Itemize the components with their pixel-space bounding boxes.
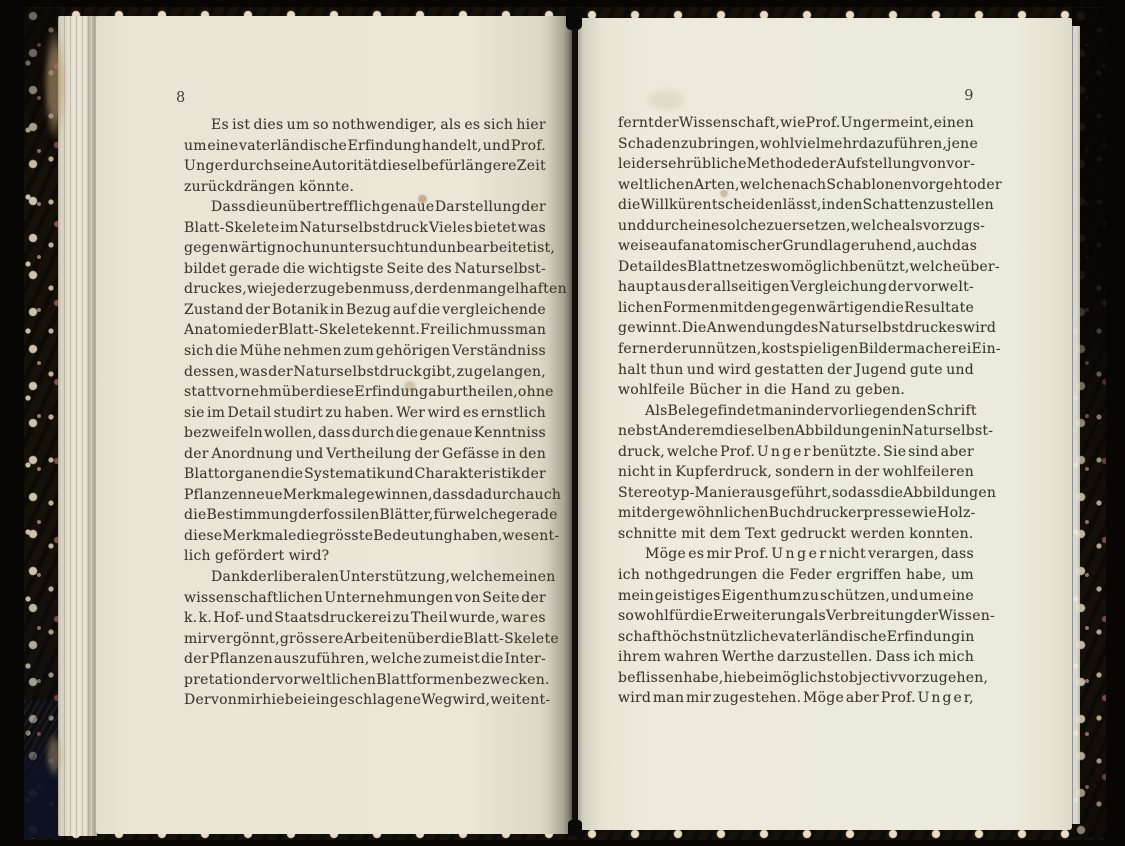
word: der bbox=[806, 401, 831, 422]
word: um bbox=[184, 136, 207, 157]
gutter-notch-bottom bbox=[568, 820, 582, 836]
word: kostspieligen bbox=[761, 339, 858, 360]
word: Dank bbox=[211, 567, 249, 588]
word: haben. bbox=[344, 403, 394, 424]
word: vergleichende bbox=[442, 300, 546, 321]
page-number-right: 9 bbox=[618, 88, 974, 104]
word: g bbox=[942, 688, 951, 709]
word: sehr bbox=[661, 154, 693, 175]
word: die bbox=[297, 526, 319, 547]
book-photo: 8 Esistdiesumsonothwendiger,alsessichhie… bbox=[0, 0, 1125, 846]
word: der bbox=[914, 606, 939, 627]
word: gerade bbox=[507, 505, 558, 526]
word: meint, bbox=[887, 113, 934, 134]
text-line: leidersehrüblicheMethodederAufstellungvo… bbox=[618, 154, 974, 175]
word: hiebei bbox=[262, 690, 307, 711]
word: ist bbox=[232, 115, 250, 136]
word: und bbox=[386, 464, 414, 485]
word: welche bbox=[667, 442, 718, 463]
word: für bbox=[434, 505, 456, 526]
word: man bbox=[515, 320, 546, 341]
text-line: AnatomiederBlatt-Skeletekennt.Freilichmu… bbox=[184, 320, 546, 341]
word: der bbox=[254, 320, 279, 341]
word: Unternehmungen bbox=[324, 588, 453, 609]
word: Bestimmung bbox=[206, 505, 298, 526]
word: findet bbox=[718, 401, 761, 422]
word: Erfindung bbox=[354, 382, 428, 403]
word: der bbox=[252, 670, 277, 691]
word: leider bbox=[618, 154, 661, 175]
word: die bbox=[246, 197, 268, 218]
word: Formen bbox=[663, 298, 719, 319]
word: gegenwärtigen bbox=[771, 298, 881, 319]
word: aber bbox=[846, 688, 879, 709]
word: in bbox=[960, 627, 974, 648]
word: gewinnen, bbox=[357, 485, 433, 506]
word: fossilen bbox=[323, 505, 379, 526]
word: nebst bbox=[618, 421, 658, 442]
word: jeder bbox=[272, 279, 310, 300]
word: weit bbox=[490, 690, 521, 711]
word: ruhend, bbox=[860, 236, 917, 257]
word: längere bbox=[461, 156, 517, 177]
word: ich bbox=[913, 647, 935, 668]
word: noch bbox=[276, 238, 311, 259]
word: den bbox=[439, 279, 466, 300]
word: vaterländische bbox=[239, 136, 347, 157]
word: r, bbox=[964, 688, 974, 709]
word: durch bbox=[352, 423, 395, 444]
text-line: AlsBelegefindetmanindervorliegendenSchri… bbox=[618, 401, 974, 422]
text-line: bildetgeradediewichtigsteSeitedesNaturse… bbox=[184, 259, 546, 280]
word: Sie bbox=[883, 442, 906, 463]
word: Detail bbox=[618, 257, 662, 278]
word: dadurch bbox=[465, 485, 526, 506]
text-line: druckes,wiejederzugebenmuss,derdenmangel… bbox=[184, 279, 546, 300]
word: des bbox=[662, 257, 687, 278]
word: Theil bbox=[411, 608, 448, 629]
word: von bbox=[211, 690, 237, 711]
word: mir bbox=[686, 688, 711, 709]
word: Arbeiten bbox=[344, 629, 407, 650]
word: beflissen bbox=[618, 668, 683, 689]
word: wo bbox=[770, 257, 791, 278]
word: gedruckt bbox=[780, 524, 846, 545]
text-line: weltlichenArten,welchenachSchablonenvorg… bbox=[618, 175, 974, 196]
text-line: MögeesmirProf.Ungernichtverargen,dass bbox=[618, 544, 974, 565]
word: die bbox=[762, 565, 784, 586]
word: Bedeutung bbox=[373, 526, 453, 547]
word: gibt, bbox=[422, 362, 456, 383]
word: Stereotyp-Manier bbox=[618, 483, 747, 504]
word: Verständniss bbox=[452, 341, 546, 362]
word: vor- bbox=[946, 154, 975, 175]
word: stellen bbox=[945, 195, 994, 216]
word: wie bbox=[780, 113, 806, 134]
text-line: druck,welcheProf.Ungerbenützte.Siesindab… bbox=[618, 442, 974, 463]
word: Systematik bbox=[304, 464, 385, 485]
word: U bbox=[757, 442, 769, 463]
text-line: schnittemitdemTextgedrucktwerdenkonnten. bbox=[618, 524, 974, 545]
text-line: unddurcheinesolchezuersetzen,welchealsvo… bbox=[618, 216, 974, 237]
word: und bbox=[483, 136, 511, 157]
word: Erweiterung bbox=[713, 606, 805, 627]
word: bezweifeln bbox=[184, 423, 263, 444]
word: wohlfeile bbox=[618, 380, 685, 401]
word: haben, bbox=[453, 526, 503, 547]
word: vorzugs- bbox=[923, 216, 985, 237]
word: den bbox=[744, 298, 771, 319]
word: ferner bbox=[618, 339, 664, 360]
word: Bildermacherei bbox=[859, 339, 972, 360]
word: geben. bbox=[856, 380, 905, 401]
word: Erfindung bbox=[887, 627, 961, 648]
word: sondern bbox=[775, 462, 834, 483]
word: g bbox=[797, 544, 806, 565]
word: die bbox=[481, 649, 503, 670]
word: vergönnt, bbox=[209, 629, 280, 650]
word: Pflanzen bbox=[184, 485, 247, 506]
text-line: fernerderunnützen,kostspieligenBildermac… bbox=[618, 339, 974, 360]
word: eine bbox=[689, 216, 720, 237]
word: druckes, bbox=[184, 279, 247, 300]
word: in bbox=[822, 195, 836, 216]
text-line: ichnothgedrungendieFederergriffenhabe,um bbox=[618, 565, 974, 586]
word: vorwelt- bbox=[914, 277, 974, 298]
word: Belege bbox=[668, 401, 718, 422]
word: die bbox=[396, 423, 418, 444]
word: Bezug bbox=[346, 300, 391, 321]
word: habe, bbox=[683, 668, 723, 689]
word: Wissenschaft, bbox=[679, 113, 780, 134]
word: wie bbox=[912, 503, 938, 524]
word: diese bbox=[316, 382, 354, 403]
word: n bbox=[786, 544, 795, 565]
page-left: 8 Esistdiesumsonothwendiger,alsessichhie… bbox=[96, 16, 572, 834]
text-line: wissenschaftlichenUnternehmungenvonSeite… bbox=[184, 588, 546, 609]
word: über- bbox=[961, 257, 1000, 278]
word: Als bbox=[645, 401, 668, 422]
word: Aufstellung bbox=[836, 154, 920, 175]
word: eine bbox=[207, 136, 238, 157]
page-stack-fore-edge bbox=[58, 16, 97, 836]
word: solche bbox=[720, 216, 767, 237]
word: e bbox=[793, 442, 802, 463]
word: e bbox=[809, 544, 818, 565]
word: Naturselbst- bbox=[455, 259, 546, 280]
text-line: pretationdervorweltlichenBlattformenbezw… bbox=[184, 670, 546, 691]
word: werden bbox=[850, 524, 905, 545]
word: man bbox=[761, 401, 792, 422]
word: höchst bbox=[663, 627, 712, 648]
word: gute bbox=[910, 360, 943, 381]
word: Dass bbox=[876, 647, 911, 668]
word: Blatt-Skelete bbox=[184, 218, 279, 239]
text-line: sichdieMühenehmenzumgehörigenVerständnis… bbox=[184, 341, 546, 362]
word: Methode bbox=[747, 154, 812, 175]
word: die bbox=[882, 298, 904, 319]
word: n bbox=[931, 688, 940, 709]
word: wird bbox=[618, 688, 651, 709]
text-line: dieBestimmungderfossilenBlätter,fürwelch… bbox=[184, 505, 546, 526]
word: als bbox=[805, 606, 826, 627]
word: Bücher bbox=[689, 380, 742, 401]
word: wird? bbox=[289, 546, 330, 567]
word: Möge bbox=[645, 544, 686, 565]
word: übliche bbox=[693, 154, 747, 175]
word: dies bbox=[253, 115, 283, 136]
word: e bbox=[871, 113, 880, 134]
text-line: DassdieunübertrefflichgenaueDarstellungd… bbox=[184, 197, 546, 218]
word: Blattorganen bbox=[184, 464, 280, 485]
word: dessen, bbox=[184, 362, 239, 383]
word: benützt, bbox=[849, 257, 909, 278]
word: grössere bbox=[280, 629, 344, 650]
word: nothgedrungen bbox=[645, 565, 758, 586]
word: sind bbox=[908, 442, 939, 463]
word: bringen, bbox=[698, 134, 760, 155]
word: Staatsdruckerei bbox=[274, 608, 391, 629]
word: nicht bbox=[829, 544, 866, 565]
word: vaterländische bbox=[779, 627, 887, 648]
text-line: dieWillkürentscheidenlässt,indenSchatten… bbox=[618, 195, 974, 216]
word: unnützen, bbox=[688, 339, 761, 360]
word: ununtersucht bbox=[312, 238, 410, 259]
word: sich bbox=[184, 341, 214, 362]
word: der bbox=[268, 362, 293, 383]
word: nicht bbox=[618, 462, 655, 483]
word: Charakteristik bbox=[415, 464, 521, 485]
word: halt bbox=[618, 360, 646, 381]
word: mich bbox=[938, 647, 974, 668]
word: Anderem bbox=[658, 421, 724, 442]
word: gewöhnlichen bbox=[667, 503, 769, 524]
word: auf bbox=[393, 300, 416, 321]
word: eingeschlagene bbox=[307, 690, 421, 711]
word: U bbox=[184, 156, 196, 177]
word: zugeben bbox=[310, 279, 372, 300]
word: zu bbox=[325, 403, 342, 424]
word: n bbox=[771, 442, 780, 463]
word: der bbox=[521, 588, 546, 609]
right-page-fore-edge bbox=[1072, 26, 1080, 824]
word: es bbox=[530, 608, 546, 629]
word: bezwecken. bbox=[464, 670, 549, 691]
word: von bbox=[920, 154, 946, 175]
word: wohlfeileren bbox=[882, 462, 974, 483]
text-line: wohlfeileBücherindieHandzugeben. bbox=[618, 380, 974, 401]
word: seine bbox=[273, 156, 312, 177]
word: welche bbox=[455, 505, 506, 526]
word: Die bbox=[682, 318, 707, 339]
word: zu bbox=[766, 216, 783, 237]
word: Resultate bbox=[904, 298, 974, 319]
word: die bbox=[441, 629, 463, 650]
word: oder bbox=[968, 175, 1001, 196]
text-line: Esistdiesumsonothwendiger,alsessichhier bbox=[184, 115, 546, 136]
word: dass bbox=[941, 544, 974, 565]
page-9-text: ferntderWissenschaft,wieProf.Ungermeint,… bbox=[618, 113, 974, 709]
page-right: 9 ferntderWissenschaft,wieProf.Ungermein… bbox=[578, 18, 1072, 830]
word: schützen, bbox=[820, 586, 890, 607]
word: genaue bbox=[419, 423, 472, 444]
word: gelangen, bbox=[474, 362, 546, 383]
word: Seite bbox=[482, 588, 520, 609]
word: grösste bbox=[319, 526, 373, 547]
word: Pflanzen bbox=[210, 649, 273, 670]
word: lichen bbox=[618, 298, 663, 319]
word: und bbox=[245, 608, 273, 629]
word: wird bbox=[963, 318, 996, 339]
word: zu bbox=[834, 380, 851, 401]
word: durch bbox=[230, 156, 273, 177]
text-line: hauptausderallseitigenVergleichungdervor… bbox=[618, 277, 974, 298]
word: der bbox=[811, 154, 836, 175]
word: für bbox=[669, 606, 691, 627]
word: unbearbeitet bbox=[438, 238, 533, 259]
word: vorgeht bbox=[912, 175, 969, 196]
word: fernt bbox=[618, 113, 654, 134]
word: Naturselbstdruck bbox=[293, 362, 422, 383]
word: zu bbox=[928, 195, 945, 216]
word: über bbox=[407, 629, 441, 650]
word: zu bbox=[681, 134, 698, 155]
word: als bbox=[902, 216, 923, 237]
text-line: ferntderWissenschaft,wieProf.Ungermeint,… bbox=[618, 113, 974, 134]
word: in bbox=[658, 462, 672, 483]
word: Merkmale bbox=[283, 485, 357, 506]
page-number-left: 8 bbox=[176, 90, 186, 106]
text-line: mitdergewöhnlichenBuchdruckerpressewieHo… bbox=[618, 503, 974, 524]
word: Blattnetzes bbox=[687, 257, 770, 278]
word: wird, bbox=[452, 690, 490, 711]
word: Naturselbst- bbox=[902, 421, 993, 442]
word: pretation bbox=[184, 670, 252, 691]
word: der bbox=[642, 503, 667, 524]
word: Autorität bbox=[312, 156, 378, 177]
word: benützte. bbox=[812, 442, 881, 463]
word: die bbox=[881, 483, 903, 504]
word: so bbox=[832, 483, 848, 504]
word: auch bbox=[917, 236, 952, 257]
word: kennt. bbox=[374, 320, 420, 341]
text-line: meingeistigesEigenthumzuschützen,undumei… bbox=[618, 586, 974, 607]
word: die bbox=[764, 380, 786, 401]
word: verargen, bbox=[868, 544, 939, 565]
word: Gefässe bbox=[442, 444, 499, 465]
word: allseitigen bbox=[713, 277, 789, 298]
word: gerade bbox=[229, 259, 280, 280]
word: der bbox=[664, 339, 689, 360]
word: Blatt-Skelete bbox=[278, 320, 373, 341]
word: nothwendiger, bbox=[332, 115, 437, 136]
word: geistiges bbox=[655, 586, 721, 607]
word: welche bbox=[740, 175, 791, 196]
word: sie bbox=[184, 403, 205, 424]
word: ent- bbox=[522, 690, 551, 711]
word: dieselben bbox=[725, 421, 795, 442]
text-line: BlattorganendieSystematikundCharakterist… bbox=[184, 464, 546, 485]
word: den bbox=[836, 195, 863, 216]
word: man bbox=[653, 688, 684, 709]
word: meinen bbox=[502, 567, 556, 588]
word: ich bbox=[618, 565, 640, 586]
word: aburtheilen, bbox=[428, 382, 518, 403]
word: muss bbox=[477, 320, 515, 341]
text-line: zurückdrängenkönnte. bbox=[184, 177, 546, 198]
word: statt bbox=[184, 382, 218, 403]
word: vorzugehen, bbox=[898, 668, 988, 689]
word: der bbox=[184, 649, 209, 670]
word: um bbox=[287, 115, 310, 136]
word: Möge bbox=[803, 688, 844, 709]
text-line: Blatt-SkeleteimNaturselbstdruckVielesbie… bbox=[184, 218, 546, 239]
word: Eigenthum bbox=[721, 586, 801, 607]
word: wesent- bbox=[503, 526, 560, 547]
word: in bbox=[330, 300, 344, 321]
word: sowohl bbox=[618, 606, 669, 627]
word: des bbox=[793, 318, 818, 339]
text-line: derAnordnungundVertheilungderGefässeinde… bbox=[184, 444, 546, 465]
word: g bbox=[862, 113, 871, 134]
word: es bbox=[464, 115, 480, 136]
text-line: dessen,wasderNaturselbstdruckgibt,zugela… bbox=[184, 362, 546, 383]
word: dazu bbox=[859, 134, 894, 155]
word: als bbox=[440, 115, 461, 136]
text-line: sowohlfürdieErweiterungalsVerbreitungder… bbox=[618, 606, 974, 627]
word: zu bbox=[802, 586, 819, 607]
word: ohne bbox=[518, 382, 554, 403]
word: muss, bbox=[372, 279, 414, 300]
word: U bbox=[841, 113, 853, 134]
word: zu bbox=[393, 608, 410, 629]
word: der bbox=[415, 444, 440, 465]
word: möglich bbox=[791, 257, 849, 278]
word: entscheiden bbox=[694, 195, 783, 216]
word: im bbox=[207, 403, 225, 424]
word: ist, bbox=[532, 238, 555, 259]
word: zugestehen. bbox=[713, 688, 801, 709]
word: und bbox=[946, 360, 974, 381]
word: haupt bbox=[618, 277, 660, 298]
word: Blatt-Skelete bbox=[463, 629, 558, 650]
text-line: nebstAnderemdieselbenAbbildungeninNaturs… bbox=[618, 421, 974, 442]
word: aus bbox=[661, 277, 686, 298]
text-line: Schadenzubringen,wohlvielmehrdazuführen,… bbox=[618, 134, 974, 155]
word: und bbox=[410, 238, 438, 259]
word: das bbox=[952, 236, 977, 257]
word: ernstlich bbox=[481, 403, 546, 424]
word: bietet bbox=[474, 218, 517, 239]
word: dem bbox=[710, 524, 741, 545]
word: mir bbox=[237, 690, 262, 711]
word: den bbox=[519, 444, 546, 465]
word: Text bbox=[745, 524, 776, 545]
word: habe, bbox=[906, 565, 946, 586]
word: r bbox=[819, 544, 826, 565]
word: Prof. bbox=[511, 136, 546, 157]
word: Hand bbox=[791, 380, 831, 401]
word: weise bbox=[618, 236, 659, 257]
word: vorliegenden bbox=[831, 401, 927, 422]
word: Naturselbstdruck bbox=[299, 218, 428, 239]
word: was bbox=[518, 218, 546, 239]
word: Buchdruckerpresse bbox=[769, 503, 912, 524]
word: objectiv bbox=[840, 668, 898, 689]
word: studirt bbox=[274, 403, 323, 424]
word: zu bbox=[457, 362, 474, 383]
word: Kenntniss bbox=[474, 423, 546, 444]
